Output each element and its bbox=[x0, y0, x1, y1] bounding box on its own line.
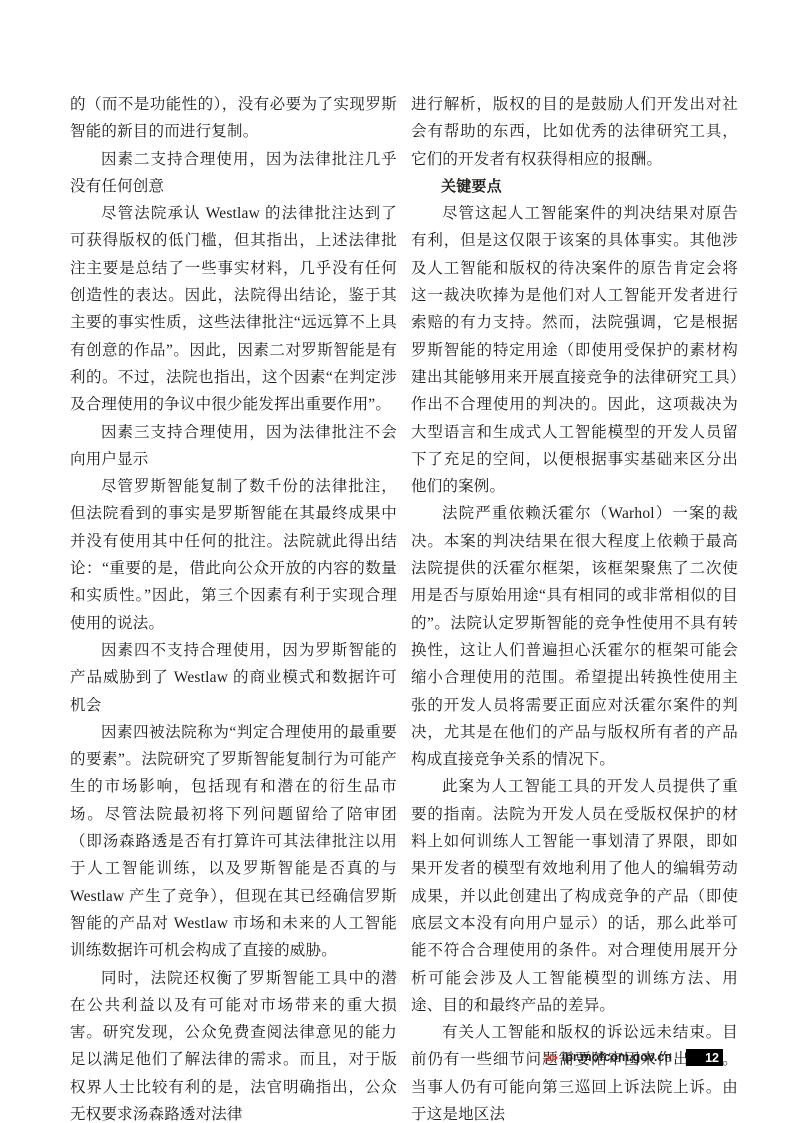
paragraph: 此案为人工智能工具的开发人员提供了重要的指南。法院为开发人员在受版权保护的材料上… bbox=[411, 773, 738, 1019]
paragraph: 进行解析，版权的目的是鼓励人们开发出对社会有帮助的东西，比如优秀的法律研究工具，… bbox=[411, 91, 738, 173]
paragraph: 尽管这起人工智能案件的判决结果对原告有利，但是这仅限于该案的具体事实。其他涉及人… bbox=[411, 200, 738, 500]
paragraph: 有关人工智能和版权的诉讼远未结束。目前仍有一些细节问题需要陪审团来作出决定。当事… bbox=[411, 1019, 738, 1123]
right-column: 进行解析，版权的目的是鼓励人们开发出对社会有帮助的东西，比如优秀的法律研究工具，… bbox=[411, 91, 738, 1123]
paragraph: 因素四被法院称为“判定合理使用的最重要的要素”。法院研究了罗斯智能复制行为可能产… bbox=[70, 719, 397, 965]
document-page: 的（而不是功能性的），没有必要为了实现罗斯智能的新目的而进行复制。 因素二支持合… bbox=[0, 0, 794, 1123]
paragraph: 尽管法院承认 Westlaw 的法律批注达到了可获得版权的低门槛，但其指出，上述… bbox=[70, 200, 397, 418]
paragraph: 法院严重依赖沃霍尔（Warhol）一案的裁决。本案的判决结果在很大程度上依赖于最… bbox=[411, 500, 738, 773]
page-footer: >> ipr.mofcom.gov.cn 12 bbox=[0, 1049, 723, 1066]
paragraph: 尽管罗斯智能复制了数千份的法律批注，但法院看到的事实是罗斯智能在其最终成果中并没… bbox=[70, 473, 397, 637]
page-number-badge: 12 bbox=[686, 1049, 723, 1066]
page-content: 的（而不是功能性的），没有必要为了实现罗斯智能的新目的而进行复制。 因素二支持合… bbox=[70, 91, 738, 1123]
left-column: 的（而不是功能性的），没有必要为了实现罗斯智能的新目的而进行复制。 因素二支持合… bbox=[70, 91, 397, 1123]
paragraph: 因素四不支持合理使用，因为罗斯智能的产品威胁到了 Westlaw 的商业模式和数… bbox=[70, 637, 397, 719]
chevrons-icon: >> bbox=[544, 1051, 557, 1064]
paragraph: 因素三支持合理使用，因为法律批注不会向用户显示 bbox=[70, 419, 397, 474]
footer-site-url: ipr.mofcom.gov.cn bbox=[562, 1051, 672, 1064]
paragraph: 的（而不是功能性的），没有必要为了实现罗斯智能的新目的而进行复制。 bbox=[70, 91, 397, 146]
section-heading: 关键要点 bbox=[411, 173, 738, 200]
paragraph: 因素二支持合理使用，因为法律批注几乎没有任何创意 bbox=[70, 146, 397, 201]
paragraph: 同时，法院还权衡了罗斯智能工具中的潜在公共利益以及有可能对市场带来的重大损害。研… bbox=[70, 965, 397, 1123]
